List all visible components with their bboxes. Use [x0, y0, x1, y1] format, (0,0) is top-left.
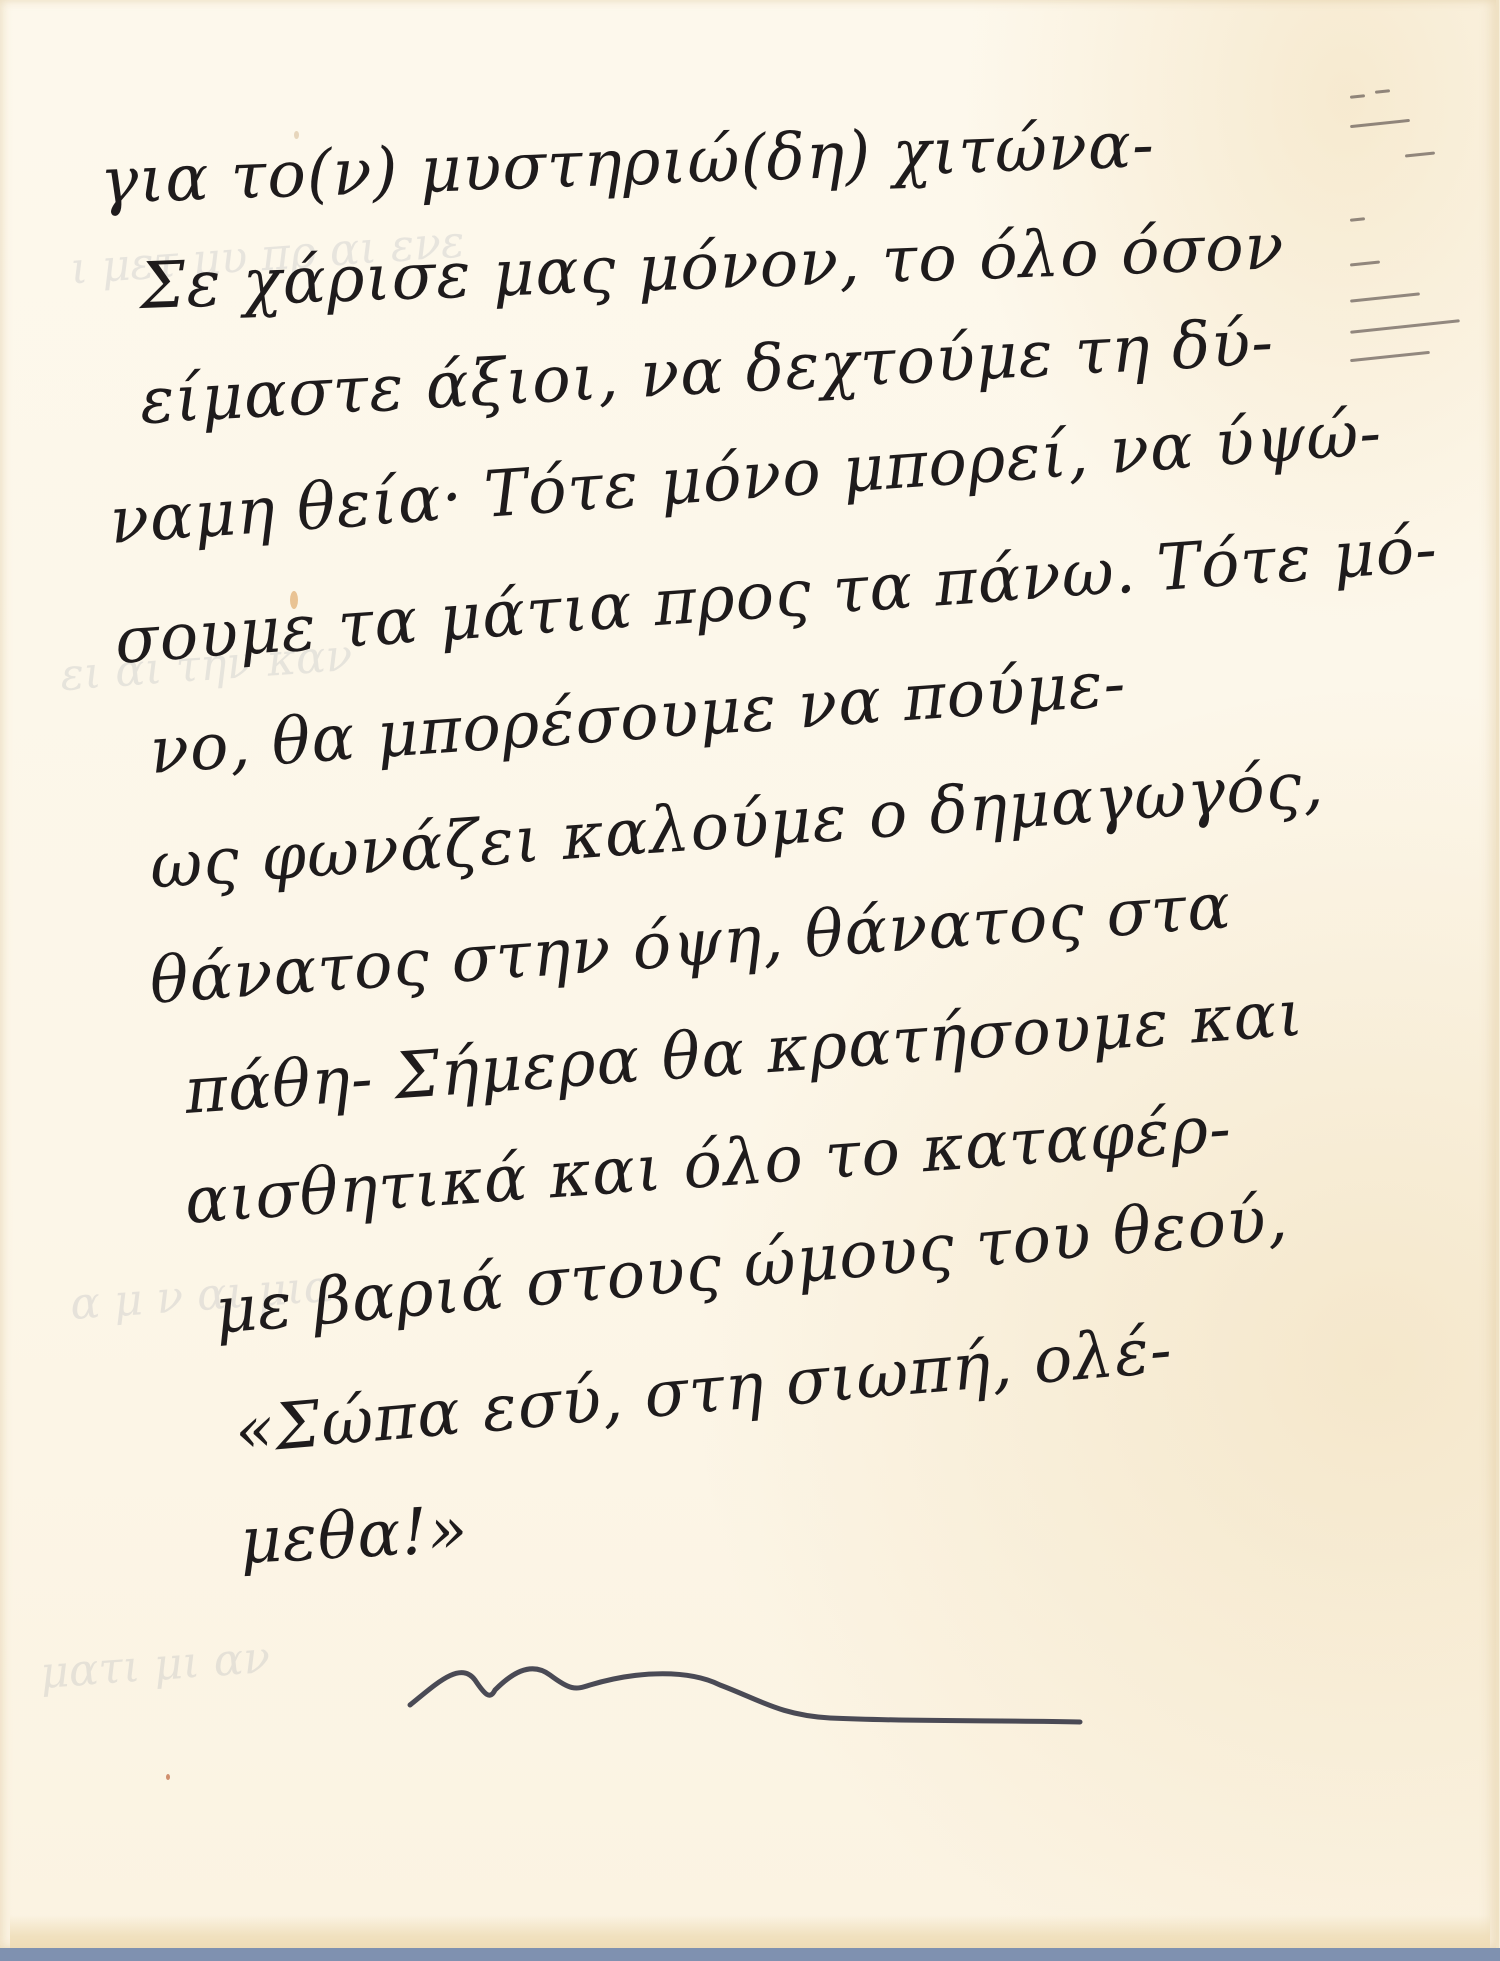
paper-spot: [166, 1774, 170, 1780]
paper-spot: [290, 591, 298, 609]
closing-flourish-icon: [400, 1660, 1250, 1740]
show-through-text: ματι μι αν: [39, 1632, 272, 1699]
paper-stain: [10, 1915, 1490, 1950]
paper-spot: [294, 131, 299, 139]
background-surface: [0, 1948, 1500, 1961]
manuscript-line-12: «Σώπα εσύ, στη σιωπή, ολέ-: [232, 1318, 1175, 1464]
manuscript-line-1: για το(ν) μυστηριώ(δη) χιτώνα-: [99, 113, 1156, 214]
manuscript-page: ι μετ μυ πρ αι ενε ει αι την καν α μ ν α…: [0, 0, 1499, 1948]
manuscript-line-13: μεθα!»: [238, 1498, 470, 1574]
